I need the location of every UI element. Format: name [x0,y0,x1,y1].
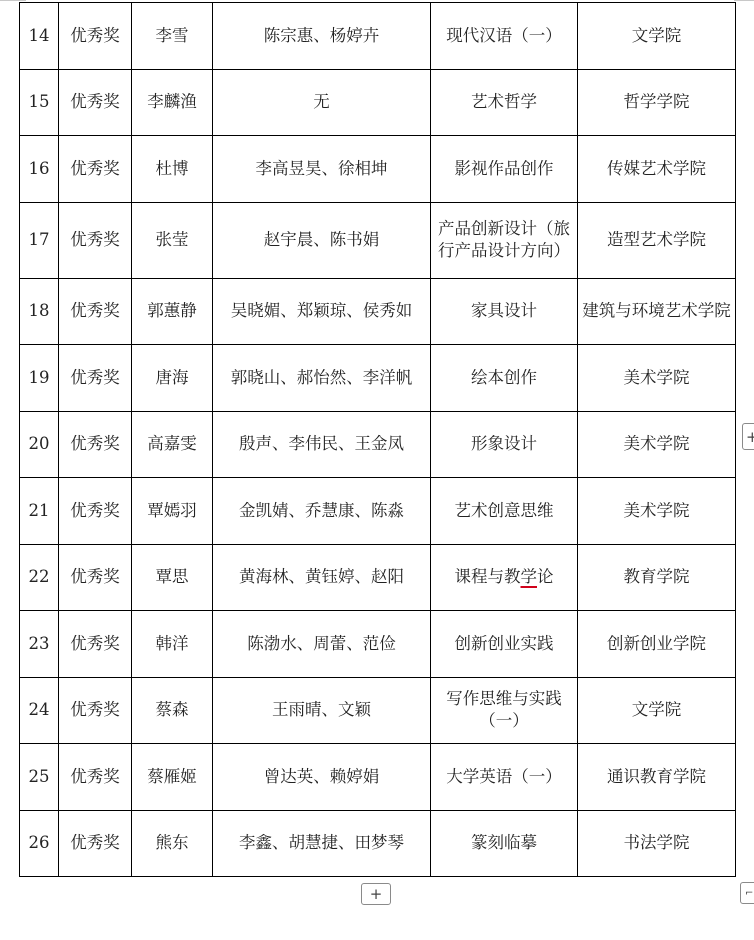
cell-name[interactable]: 韩洋 [132,611,213,678]
course-text: 课程与教 [455,567,521,586]
cell-team[interactable]: 无 [213,69,431,136]
cell-college[interactable]: 造型艺术学院 [578,202,736,278]
cell-course[interactable]: 产品创新设计（旅行产品设计方向） [431,202,578,278]
table-resize-handle[interactable]: ⌐ [740,882,754,904]
cell-college[interactable]: 教育学院 [578,544,736,611]
table-row: 17 优秀奖 张莹 赵宇晨、陈书娟 产品创新设计（旅行产品设计方向） 造型艺术学… [20,202,736,278]
cell-award[interactable]: 优秀奖 [59,202,132,278]
table-row: 21 优秀奖 覃嫣羽 金凯婧、乔慧康、陈淼 艺术创意思维 美术学院 [20,478,736,545]
cell-award[interactable]: 优秀奖 [59,136,132,203]
cell-team[interactable]: 赵宇晨、陈书娟 [213,202,431,278]
plus-icon: + [370,885,383,903]
cell-team[interactable]: 李高昱昊、徐相坤 [213,136,431,203]
cell-college[interactable]: 文学院 [578,677,736,744]
plus-icon: + [746,428,754,446]
cell-award[interactable]: 优秀奖 [59,744,132,811]
cell-course[interactable]: 艺术哲学 [431,69,578,136]
cell-award[interactable]: 优秀奖 [59,544,132,611]
add-row-button[interactable]: + [361,883,391,905]
cell-award[interactable]: 优秀奖 [59,411,132,478]
award-table: 14 优秀奖 李雪 陈宗惠、杨婷卉 现代汉语（一） 文学院 15 优秀奖 李麟渔… [19,2,736,877]
cell-course[interactable]: 现代汉语（一） [431,3,578,70]
cell-team[interactable]: 曾达英、赖婷娟 [213,744,431,811]
table-row: 26 优秀奖 熊东 李鑫、胡慧捷、田梦琴 篆刻临摹 书法学院 [20,810,736,877]
cell-name[interactable]: 张莹 [132,202,213,278]
cell-award[interactable]: 优秀奖 [59,3,132,70]
cell-name[interactable]: 杜博 [132,136,213,203]
cell-award[interactable]: 优秀奖 [59,345,132,412]
cell-college[interactable]: 建筑与环境艺术学院 [578,278,736,345]
cell-no[interactable]: 22 [20,544,59,611]
cell-name[interactable]: 唐海 [132,345,213,412]
cell-no[interactable]: 17 [20,202,59,278]
cell-award[interactable]: 优秀奖 [59,69,132,136]
cell-award[interactable]: 优秀奖 [59,677,132,744]
cell-course[interactable]: 课程与教学论 [431,544,578,611]
table-row: 23 优秀奖 韩洋 陈渤水、周蕾、范俭 创新创业实践 创新创业学院 [20,611,736,678]
table-row: 19 优秀奖 唐海 郭晓山、郝怡然、李洋帆 绘本创作 美术学院 [20,345,736,412]
cell-no[interactable]: 16 [20,136,59,203]
cell-team[interactable]: 黄海林、黄钰婷、赵阳 [213,544,431,611]
cell-no[interactable]: 26 [20,810,59,877]
cell-no[interactable]: 20 [20,411,59,478]
cell-college[interactable]: 创新创业学院 [578,611,736,678]
cell-no[interactable]: 23 [20,611,59,678]
cell-team[interactable]: 郭晓山、郝怡然、李洋帆 [213,345,431,412]
cell-team[interactable]: 吴晓媚、郑颖琼、侯秀如 [213,278,431,345]
table-row: 14 优秀奖 李雪 陈宗惠、杨婷卉 现代汉语（一） 文学院 [20,3,736,70]
cell-course[interactable]: 家具设计 [431,278,578,345]
cell-award[interactable]: 优秀奖 [59,611,132,678]
cell-college[interactable]: 书法学院 [578,810,736,877]
cell-course[interactable]: 创新创业实践 [431,611,578,678]
cell-no[interactable]: 15 [20,69,59,136]
cell-name[interactable]: 李雪 [132,3,213,70]
cell-team[interactable]: 陈宗惠、杨婷卉 [213,3,431,70]
cell-team[interactable]: 金凯婧、乔慧康、陈淼 [213,478,431,545]
spellcheck-flagged-text[interactable]: 学 [521,567,538,586]
cell-course[interactable]: 形象设计 [431,411,578,478]
cell-course[interactable]: 绘本创作 [431,345,578,412]
cell-college[interactable]: 文学院 [578,3,736,70]
cell-no[interactable]: 19 [20,345,59,412]
table-row: 20 优秀奖 高嘉雯 殷声、李伟民、王金凤 形象设计 美术学院 [20,411,736,478]
cell-no[interactable]: 14 [20,3,59,70]
cell-college[interactable]: 美术学院 [578,345,736,412]
cell-course[interactable]: 影视作品创作 [431,136,578,203]
cell-course[interactable]: 篆刻临摹 [431,810,578,877]
cell-name[interactable]: 熊东 [132,810,213,877]
cell-college[interactable]: 美术学院 [578,411,736,478]
cell-name[interactable]: 蔡森 [132,677,213,744]
table-row: 15 优秀奖 李麟渔 无 艺术哲学 哲学学院 [20,69,736,136]
cell-award[interactable]: 优秀奖 [59,810,132,877]
cell-course[interactable]: 大学英语（一） [431,744,578,811]
cell-college[interactable]: 传媒艺术学院 [578,136,736,203]
table-row: 24 优秀奖 蔡森 王雨晴、文颖 写作思维与实践（一） 文学院 [20,677,736,744]
cell-team[interactable]: 王雨晴、文颖 [213,677,431,744]
resize-corner-icon: ⌐ [745,888,753,899]
cell-no[interactable]: 21 [20,478,59,545]
cell-name[interactable]: 覃思 [132,544,213,611]
cell-name[interactable]: 高嘉雯 [132,411,213,478]
table-row: 18 优秀奖 郭蕙静 吴晓媚、郑颖琼、侯秀如 家具设计 建筑与环境艺术学院 [20,278,736,345]
cell-no[interactable]: 18 [20,278,59,345]
cell-team[interactable]: 李鑫、胡慧捷、田梦琴 [213,810,431,877]
cell-college[interactable]: 通识教育学院 [578,744,736,811]
cell-team[interactable]: 陈渤水、周蕾、范俭 [213,611,431,678]
table-row: 25 优秀奖 蔡雁姬 曾达英、赖婷娟 大学英语（一） 通识教育学院 [20,744,736,811]
cell-course[interactable]: 艺术创意思维 [431,478,578,545]
cell-name[interactable]: 李麟渔 [132,69,213,136]
cell-college[interactable]: 美术学院 [578,478,736,545]
cell-course[interactable]: 写作思维与实践（一） [431,677,578,744]
table-row: 16 优秀奖 杜博 李高昱昊、徐相坤 影视作品创作 传媒艺术学院 [20,136,736,203]
cell-no[interactable]: 25 [20,744,59,811]
cell-no[interactable]: 24 [20,677,59,744]
cell-team[interactable]: 殷声、李伟民、王金凤 [213,411,431,478]
cell-award[interactable]: 优秀奖 [59,478,132,545]
cell-name[interactable]: 覃嫣羽 [132,478,213,545]
cell-name[interactable]: 蔡雁姬 [132,744,213,811]
cell-award[interactable]: 优秀奖 [59,278,132,345]
cell-college[interactable]: 哲学学院 [578,69,736,136]
table-row: 22 优秀奖 覃思 黄海林、黄钰婷、赵阳 课程与教学论 教育学院 [20,544,736,611]
add-column-button[interactable]: + [742,423,754,450]
cell-name[interactable]: 郭蕙静 [132,278,213,345]
course-text: 论 [537,567,554,586]
page-corner-mark [734,0,754,3]
